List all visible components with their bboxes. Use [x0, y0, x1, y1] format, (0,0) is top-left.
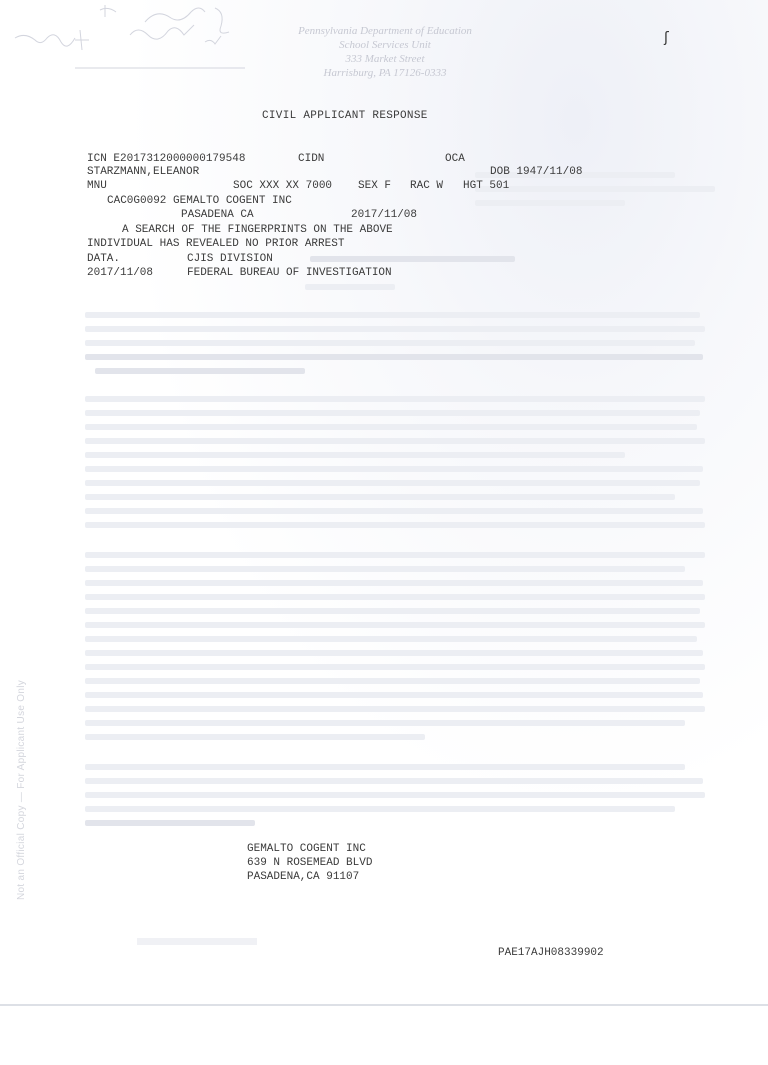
agency-date: 2017/11/08 — [351, 209, 417, 222]
address-line-2: 639 N ROSEMEAD BLVD — [247, 857, 372, 870]
dob-field: DOB 1947/11/08 — [490, 166, 582, 179]
letterhead-line: School Services Unit — [240, 38, 530, 52]
cjis-division: CJIS DIVISION — [187, 253, 273, 266]
result-line-2: INDIVIDUAL HAS REVEALED NO PRIOR ARREST — [87, 238, 344, 251]
result-line-3-left: DATA. — [87, 253, 120, 266]
control-number: PAE17AJH08339902 — [498, 947, 604, 959]
address-line-3: PASADENA,CA 91107 — [247, 871, 359, 884]
race-field: RAC W — [410, 180, 443, 193]
applicant-name: STARZMANN,ELEANOR — [87, 166, 199, 179]
bleed-through-letterhead: Pennsylvania Department of Education Sch… — [240, 24, 530, 80]
cidn-field: CIDN — [298, 153, 324, 166]
corner-pen-mark: ʃ — [664, 30, 669, 46]
letterhead-line: 333 Market Street — [240, 52, 530, 66]
sex-field: SEX F — [358, 180, 391, 193]
document-title: CIVIL APPLICANT RESPONSE — [262, 110, 428, 122]
vertical-watermark: Not an Official Copy — For Applicant Use… — [16, 680, 27, 900]
icn-field: ICN E2017312000000179548 — [87, 153, 245, 166]
oca-field: OCA — [445, 153, 465, 166]
result-line-1: A SEARCH OF THE FINGERPRINTS ON THE ABOV… — [122, 224, 393, 237]
page-edge-divider — [0, 1004, 768, 1006]
document-page: Pennsylvania Department of Education Sch… — [0, 0, 768, 1005]
letterhead-line: Harrisburg, PA 17126-0333 — [240, 66, 530, 80]
agency-city: PASADENA CA — [181, 209, 254, 222]
agency-line: CAC0G0092 GEMALTO COGENT INC — [107, 195, 292, 208]
fbi-name: FEDERAL BUREAU OF INVESTIGATION — [187, 267, 392, 280]
height-field: HGT 501 — [463, 180, 509, 193]
bleed-through-footer — [137, 937, 257, 948]
address-line-1: GEMALTO COGENT INC — [247, 843, 366, 856]
soc-field: SOC XXX XX 7000 — [233, 180, 332, 193]
bleed-through-body — [85, 160, 725, 840]
handwritten-annotation — [0, 0, 250, 80]
letterhead-line: Pennsylvania Department of Education — [240, 24, 530, 38]
result-date: 2017/11/08 — [87, 267, 153, 280]
mnu-field: MNU — [87, 180, 107, 193]
